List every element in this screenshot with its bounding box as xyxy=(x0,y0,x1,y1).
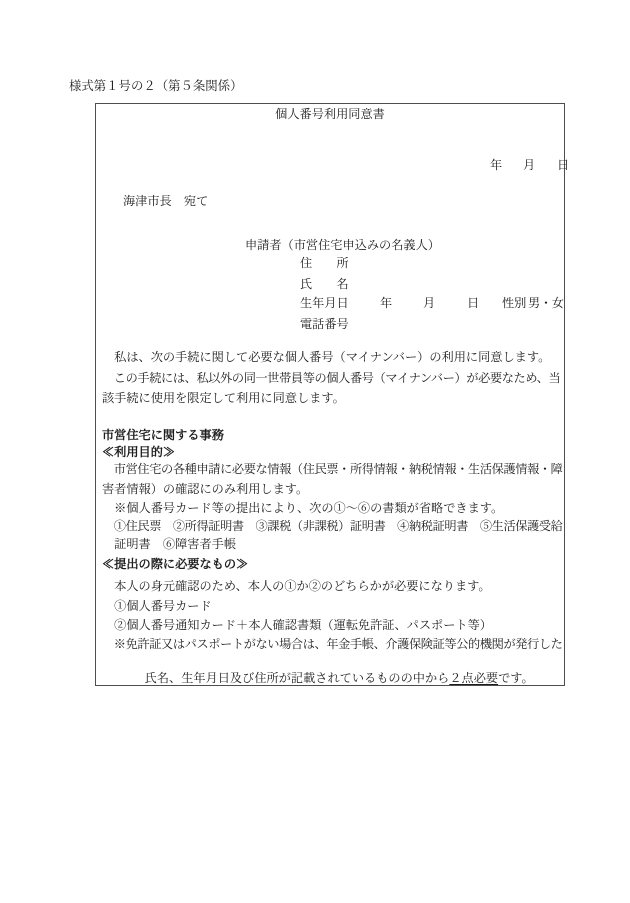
consent-form-box: 個人番号利用同意書 年 月 日 海津市長 宛て 申請者（市営住宅申込みの名義人）… xyxy=(95,103,565,686)
required-note-line-2: 氏名、生年月日及び住所が記載されているものの中から２点必要です。 xyxy=(102,654,534,670)
applicant-address-label: 住 所 xyxy=(300,255,349,271)
required-item-2: ②個人番号通知カード＋本人確認書類（運転免許証、パスポート等） xyxy=(102,617,492,633)
consent-line-3: 該手続に使用を限定して利用に同意します。 xyxy=(102,390,345,406)
document-page: 様式第１号の２（第５条関係） 個人番号利用同意書 年 月 日 海津市長 宛て 申… xyxy=(0,0,630,903)
consent-line-2: この手続には、私以外の同一世帯員等の個人番号（マイナンバー）が必要なため、当 xyxy=(102,370,560,386)
purpose-line-2: 害者情報）の確認にのみ利用します。 xyxy=(102,481,308,497)
consent-line-1: 私は、次の手続に関して必要な個人番号（マイナンバー）の利用に同意します。 xyxy=(102,349,550,365)
addressee-line: 海津市長 宛て xyxy=(123,193,208,209)
required-note-underlined: ２点必要 xyxy=(449,671,498,685)
birth-label: 生年月日 xyxy=(300,295,349,311)
required-item-1: ①個人番号カード xyxy=(102,598,212,614)
applicant-heading: 申請者（市営住宅申込みの名義人） xyxy=(245,237,440,253)
birth-month-label: 月 xyxy=(423,295,435,311)
applicant-birth-row: 生年月日 年 月 日 性別 男・女 xyxy=(300,295,630,311)
purpose-heading: ≪利用目的≫ xyxy=(102,444,175,460)
applicant-name-label: 氏 名 xyxy=(300,276,349,292)
purpose-note: ※個人番号カード等の提出により、次の①～⑥の書類が省略できます。 xyxy=(102,500,503,516)
sex-options: 男・女 xyxy=(528,295,564,311)
required-note-line-1: ※免許証又はパスポートがない場合は、年金手帳、介護保険証等公的機関が発行した xyxy=(102,636,563,652)
section-heading: 市営住宅に関する事務 xyxy=(102,427,224,443)
required-note-suffix: です。 xyxy=(498,671,534,685)
documents-line-1: ①住民票 ②所得証明書 ③課税（非課税）証明書 ④納税証明書 ⑤生活保護受給 xyxy=(102,518,563,534)
date-year-label: 年 xyxy=(490,157,502,173)
date-line: 年 月 日 xyxy=(102,157,570,173)
required-line-1: 本人の身元確認のため、本人の①か②のどちらかが必要になります。 xyxy=(102,578,491,594)
date-month-label: 月 xyxy=(523,157,535,173)
required-heading: ≪提出の際に必要なもの≫ xyxy=(102,556,248,572)
birth-year-label: 年 xyxy=(380,295,392,311)
required-note-prefix: 氏名、生年月日及び住所が記載されているものの中から xyxy=(120,671,449,685)
date-day-label: 日 xyxy=(557,157,569,173)
applicant-phone-label: 電話番号 xyxy=(300,316,349,332)
birth-day-label: 日 xyxy=(467,295,479,311)
form-number-label: 様式第１号の２（第５条関係） xyxy=(69,78,242,94)
form-title: 個人番号利用同意書 xyxy=(96,106,564,122)
documents-line-2: 証明書 ⑥障害者手帳 xyxy=(102,536,236,552)
sex-label: 性別 xyxy=(502,295,526,311)
purpose-line-1: 市営住宅の各種申請に必要な情報（住民票・所得情報・納税情報・生活保護情報・障 xyxy=(102,461,563,477)
